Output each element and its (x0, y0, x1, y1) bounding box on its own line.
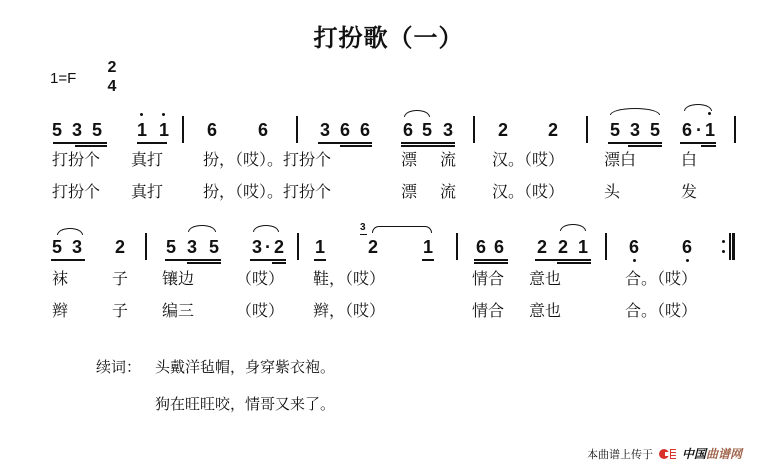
note: 2 (272, 237, 286, 257)
slur (404, 110, 430, 117)
note: 2 (496, 120, 510, 140)
underline (340, 145, 372, 147)
note: 6 (338, 120, 352, 140)
bar-line (456, 233, 458, 260)
underline (422, 259, 434, 261)
lyric: 漂白 (604, 151, 636, 169)
lyric: 情合 (472, 302, 504, 320)
lyric: 编三 (162, 302, 194, 320)
lyric: 袜 (52, 270, 68, 288)
lyric: 头 (604, 183, 620, 201)
repeat-dot (722, 240, 725, 243)
bar-line (296, 116, 298, 143)
underline (318, 142, 372, 144)
note: 5 (648, 120, 662, 140)
underline (628, 145, 662, 147)
bar-line (182, 116, 184, 143)
underline (187, 262, 221, 264)
underline (401, 145, 455, 147)
time-signature-bottom: 4 (103, 77, 121, 96)
underline (608, 142, 662, 144)
lyric: 鞋，（哎） (313, 270, 385, 288)
lyric: 子 (112, 270, 128, 288)
underline (314, 259, 326, 261)
note: 2 (556, 237, 570, 257)
note: 3 (318, 120, 332, 140)
note: 5 (50, 120, 64, 140)
lyric: 辫，（哎） (313, 302, 385, 320)
bar-line (586, 116, 588, 143)
note: 3 (70, 120, 84, 140)
lyric: 扮，（哎）。打扮个 (203, 151, 331, 169)
upload-text: 本曲谱上传于 (587, 446, 653, 462)
slur (188, 225, 216, 232)
underline (165, 259, 221, 261)
repeat-thick-bar (732, 233, 735, 260)
continuation-label: 续词： (96, 356, 141, 377)
note: 5 (90, 120, 104, 140)
underline (474, 259, 508, 261)
note: 2 (535, 237, 549, 257)
slur (560, 224, 586, 231)
lyric: 合。（哎） (625, 270, 697, 288)
underline (75, 145, 107, 147)
underline (250, 259, 286, 261)
key-signature: 1=F (50, 70, 76, 87)
slur (610, 108, 660, 115)
tie (372, 226, 432, 233)
lyric: 真打 (131, 151, 163, 169)
note: 6 (680, 237, 694, 257)
note: 2 (366, 237, 380, 257)
lyric: 扮，（哎）。打扮个 (203, 183, 331, 201)
note: 3 (70, 237, 84, 257)
time-signature: 2 4 (103, 58, 121, 96)
note: 5 (207, 237, 221, 257)
high-octave-dot (162, 113, 165, 116)
song-title: 打扮歌（一） (0, 18, 777, 53)
continuation-line-2: 狗在旺旺咬，情哥又来了。 (155, 393, 335, 414)
lyric: 镶边 (162, 270, 194, 288)
underline (557, 262, 591, 264)
logo-text-cn[interactable]: 中国曲谱网 (682, 445, 742, 462)
lyric: （哎） (236, 270, 284, 288)
note: 6 (492, 237, 506, 257)
note: 6 (358, 120, 372, 140)
note: 6 (205, 120, 219, 140)
logo-lines-icon (670, 449, 676, 459)
lyric: 汉。（哎） (492, 151, 564, 169)
lyric: 流 (440, 183, 456, 201)
lyric: 打扮个 (52, 151, 100, 169)
slur (684, 104, 712, 111)
underline (53, 142, 107, 144)
note: 3 (185, 237, 199, 257)
lyric: 白 (681, 151, 697, 169)
note: 5 (50, 237, 64, 257)
lyric: 漂 (401, 151, 417, 169)
note: 5 (164, 237, 178, 257)
note: 6 (401, 120, 415, 140)
underline (680, 142, 716, 144)
underline (137, 142, 167, 144)
note: 6 (474, 237, 488, 257)
lyric: 汉。（哎） (492, 183, 564, 201)
note: 1 (313, 237, 327, 257)
lyric: 意也 (529, 270, 561, 288)
bar-line (473, 116, 475, 143)
footer-attribution: 本曲谱上传于 中国曲谱网 (587, 445, 742, 462)
note: 1 (135, 120, 149, 140)
site-logo-icon[interactable] (659, 449, 676, 459)
low-octave-dot (686, 259, 689, 262)
logo-mark-icon (659, 449, 669, 459)
note: 2 (546, 120, 560, 140)
repeat-dot (722, 250, 725, 253)
grace-note: 3 (360, 222, 366, 233)
underline (474, 262, 508, 264)
note: 6 (627, 237, 641, 257)
underline (401, 142, 455, 144)
lyric: 合。（哎） (625, 302, 697, 320)
lyric: 发 (681, 183, 697, 201)
lyric: 情合 (472, 270, 504, 288)
note: 6 (256, 120, 270, 140)
note: 3 (441, 120, 455, 140)
note: 2 (113, 237, 127, 257)
note: 1 (576, 237, 590, 257)
continuation-line-1: 头戴洋毡帽，身穿紫衣袍。 (155, 356, 335, 377)
bar-line (605, 233, 607, 260)
lyric: 意也 (529, 302, 561, 320)
bar-line (145, 233, 147, 260)
lyric: 打扮个 (52, 183, 100, 201)
bar-line (297, 233, 299, 260)
high-octave-dot (708, 112, 711, 115)
time-signature-top: 2 (103, 58, 121, 77)
note: 1 (157, 120, 171, 140)
lyric: 辫 (52, 302, 68, 320)
underline (51, 259, 85, 261)
note: 1 (703, 120, 717, 140)
lyric: 真打 (131, 183, 163, 201)
slur (253, 225, 279, 232)
slur (57, 228, 83, 235)
underline (272, 262, 286, 264)
note: 5 (608, 120, 622, 140)
lyric: 流 (440, 151, 456, 169)
lyric: 漂 (401, 183, 417, 201)
grace-underline (360, 234, 367, 235)
bar-line (734, 116, 736, 143)
lyric: 子 (112, 302, 128, 320)
underline (535, 259, 591, 261)
note: 5 (420, 120, 434, 140)
underline (701, 145, 716, 147)
note: 3 (628, 120, 642, 140)
repeat-thin-bar (729, 233, 731, 260)
note: 1 (421, 237, 435, 257)
lyric: （哎） (236, 302, 284, 320)
high-octave-dot (140, 113, 143, 116)
low-octave-dot (633, 259, 636, 262)
